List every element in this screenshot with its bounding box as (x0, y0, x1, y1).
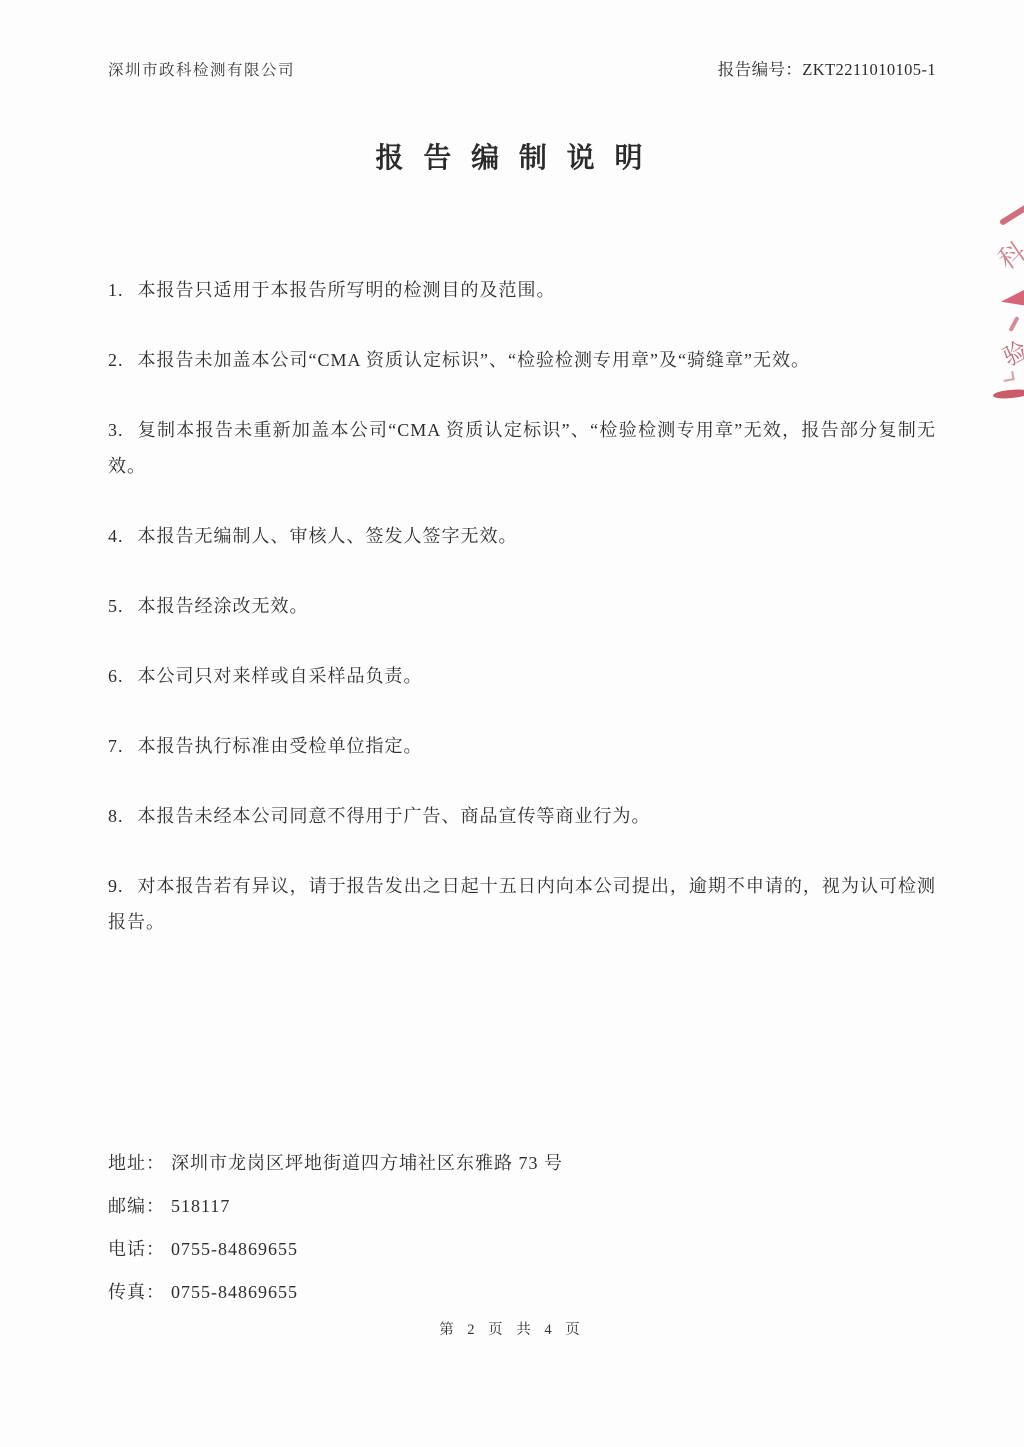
report-number: 报告编号：ZKT2211010105-1 (718, 56, 936, 80)
note-text: 复制本报告未重新加盖本公司“CMA 资质认定标识”、“检验检测专用章”无效，报告… (108, 420, 936, 476)
note-number: 6. (108, 666, 124, 686)
page-header: 深圳市政科检测有限公司 报告编号：ZKT2211010105-1 (108, 56, 936, 80)
note-item-9: 9.对本报告若有异议，请于报告发出之日起十五日内向本公司提出，逾期不申请的，视为… (108, 868, 936, 940)
note-item-8: 8.本报告未经本公司同意不得用于广告、商品宣传等商业行为。 (108, 798, 936, 834)
page-title: 报 告 编 制 说 明 (0, 136, 1024, 176)
contact-fax: 传真：0755-84869655 (108, 1271, 563, 1314)
contact-fax-label: 传真： (108, 1282, 165, 1302)
note-text: 对本报告若有异议，请于报告发出之日起十五日内向本公司提出，逾期不申请的，视为认可… (108, 876, 936, 932)
note-text: 本报告未经本公司同意不得用于广告、商品宣传等商业行为。 (138, 806, 651, 826)
contact-address-label: 地址： (108, 1153, 165, 1173)
stamp-stroke-icon (999, 204, 1024, 226)
contact-phone: 电话：0755-84869655 (108, 1228, 563, 1271)
note-number: 8. (108, 806, 124, 826)
note-text: 本报告执行标准由受检单位指定。 (138, 736, 423, 756)
contact-postcode-label: 邮编： (108, 1196, 165, 1216)
company-name: 深圳市政科检测有限公司 (108, 58, 295, 80)
note-text: 本报告无编制人、审核人、签发人签字无效。 (138, 526, 518, 546)
note-text: 本报告只适用于本报告所写明的检测目的及范围。 (138, 280, 556, 300)
note-text: 本公司只对来样或自采样品负责。 (138, 666, 423, 686)
stamp-bar-icon (993, 388, 1024, 399)
notes-list: 1.本报告只适用于本报告所写明的检测目的及范围。 2.本报告未加盖本公司“CMA… (108, 272, 936, 974)
contact-postcode-value: 518117 (171, 1196, 230, 1216)
note-item-6: 6.本公司只对来样或自采样品负责。 (108, 658, 936, 694)
paging-seal-stamp: 科 验 (982, 200, 1024, 412)
note-item-4: 4.本报告无编制人、审核人、签发人签字无效。 (108, 518, 936, 554)
stamp-tick-icon (1008, 316, 1019, 332)
note-item-7: 7.本报告执行标准由受检单位指定。 (108, 728, 936, 764)
note-number: 2. (108, 350, 124, 370)
contact-phone-label: 电话： (108, 1239, 165, 1259)
contact-postcode: 邮编：518117 (108, 1185, 563, 1228)
note-item-1: 1.本报告只适用于本报告所写明的检测目的及范围。 (108, 272, 936, 308)
stamp-triangle-icon (1000, 289, 1024, 311)
contact-fax-value: 0755-84869655 (171, 1282, 298, 1302)
page-footer: 第 2 页 共 4 页 (0, 1318, 1024, 1339)
note-item-5: 5.本报告经涂改无效。 (108, 588, 936, 624)
stamp-character-icon: 科 (990, 232, 1024, 277)
note-number: 7. (108, 736, 124, 756)
note-number: 3. (108, 420, 124, 440)
contact-address-value: 深圳市龙岗区坪地街道四方埔社区东雅路 73 号 (171, 1153, 563, 1173)
stamp-character-icon: 验 (995, 330, 1024, 372)
note-number: 9. (108, 876, 124, 896)
note-number: 1. (108, 280, 124, 300)
note-item-3: 3.复制本报告未重新加盖本公司“CMA 资质认定标识”、“检验检测专用章”无效，… (108, 412, 936, 484)
contact-block: 地址：深圳市龙岗区坪地街道四方埔社区东雅路 73 号 邮编：518117 电话：… (108, 1142, 563, 1314)
page-indicator: 第 2 页 共 4 页 (439, 1322, 585, 1338)
report-page: 深圳市政科检测有限公司 报告编号：ZKT2211010105-1 报 告 编 制… (0, 0, 1024, 1447)
note-item-2: 2.本报告未加盖本公司“CMA 资质认定标识”、“检验检测专用章”及“骑缝章”无… (108, 342, 936, 378)
stamp-mark-icon (1002, 371, 1014, 382)
note-number: 5. (108, 596, 124, 616)
contact-phone-value: 0755-84869655 (171, 1239, 298, 1259)
contact-address: 地址：深圳市龙岗区坪地街道四方埔社区东雅路 73 号 (108, 1142, 563, 1185)
note-text: 本报告未加盖本公司“CMA 资质认定标识”、“检验检测专用章”及“骑缝章”无效。 (138, 350, 810, 370)
note-number: 4. (108, 526, 124, 546)
note-text: 本报告经涂改无效。 (138, 596, 309, 616)
